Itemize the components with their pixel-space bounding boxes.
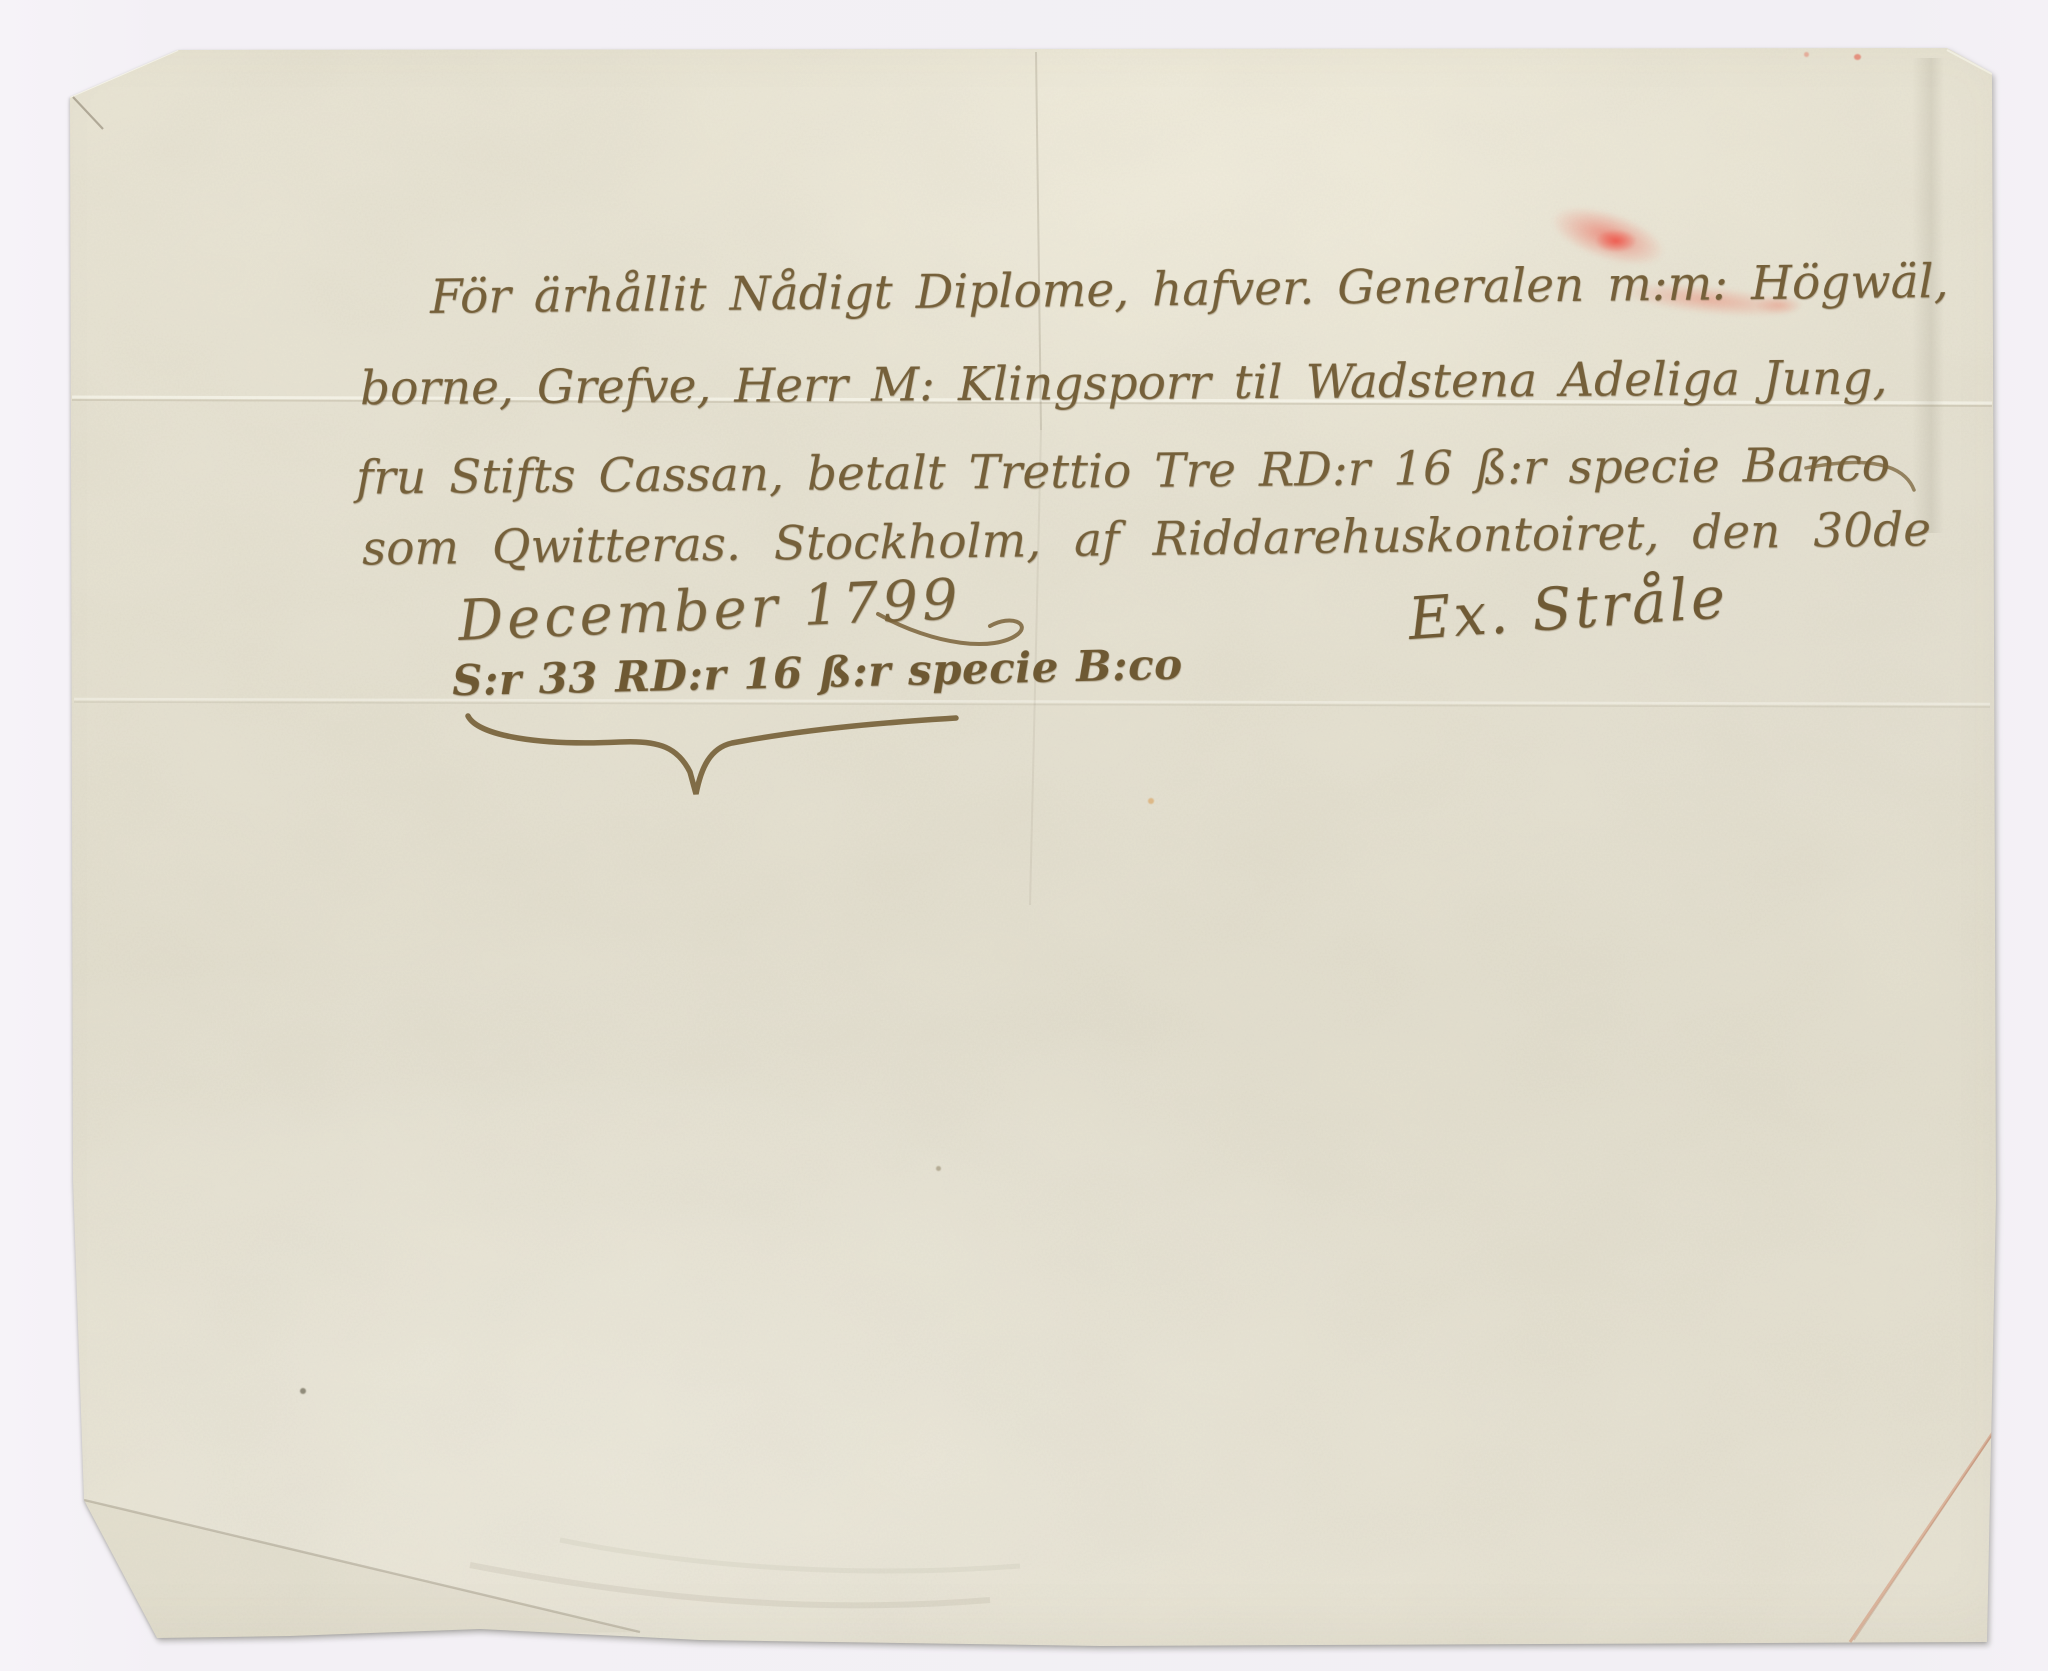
red-speck bbox=[1854, 54, 1861, 60]
receipt-paper: För ärhållit Nådigt Diplome, hafver. Gen… bbox=[0, 0, 2048, 1671]
dark-speck bbox=[936, 1166, 941, 1171]
red-speck bbox=[1804, 52, 1809, 57]
scan-background: För ärhållit Nådigt Diplome, hafver. Gen… bbox=[0, 0, 2048, 1671]
paper-edge-shading bbox=[0, 0, 2048, 1671]
handwritten-line-1: För ärhållit Nådigt Diplome, hafver. Gen… bbox=[430, 254, 1949, 325]
signature: Ex. Stråle bbox=[1406, 563, 1730, 653]
handwritten-line-2: borne, Grefve, Herr M: Klingsporr til Wa… bbox=[360, 351, 1888, 417]
paper-creases bbox=[0, 0, 2048, 1671]
handwritten-line-3: fru Stifts Cassan, betalt Trettio Tre RD… bbox=[356, 437, 1891, 505]
red-stain-core bbox=[1596, 230, 1636, 252]
paper-texture bbox=[0, 0, 2048, 1671]
sum-line: S:r 33 RD:r 16 ß:r specie B:co bbox=[452, 640, 1184, 706]
paper-shadow: För ärhållit Nådigt Diplome, hafver. Gen… bbox=[0, 0, 2048, 1671]
ink-flourishes bbox=[0, 0, 2048, 1671]
orange-speck bbox=[1148, 798, 1154, 804]
dark-speck bbox=[300, 1388, 306, 1394]
date-line: December 1799 bbox=[457, 567, 963, 654]
